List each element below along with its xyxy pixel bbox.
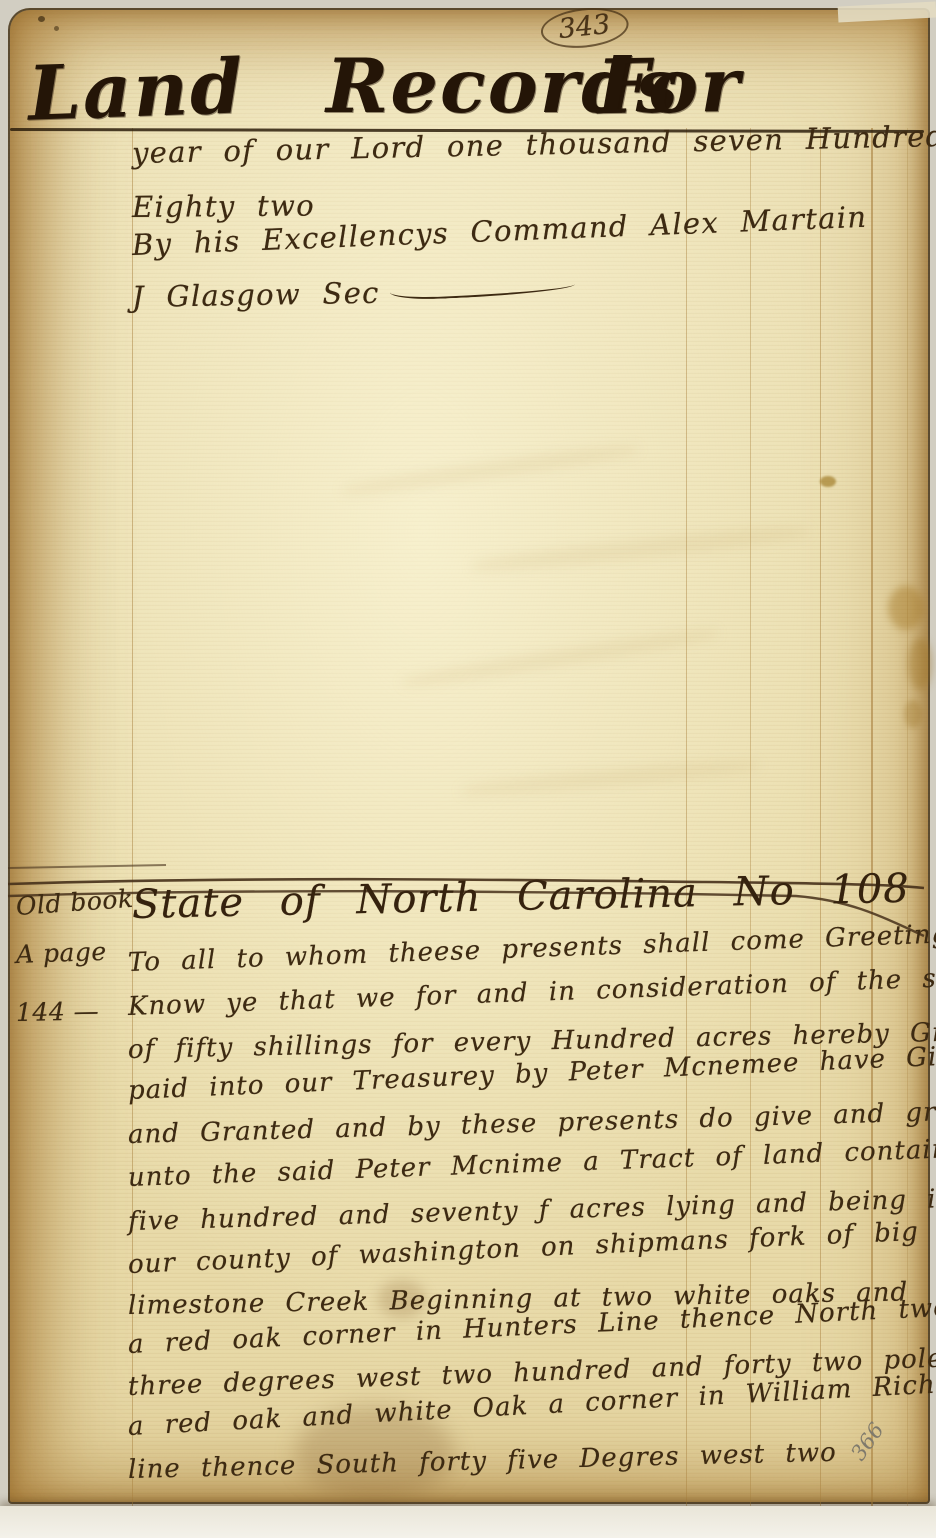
margin-note-line: A page [15,937,107,969]
preamble-line: Eighty two [132,188,315,224]
next-page-edge [0,1506,936,1538]
title-word-for: For [596,41,742,132]
pen-flourish [390,281,575,301]
signature-text: J Glasgow Sec [132,276,380,314]
scanned-book-page: 343 Land Records For year of our Lord on… [0,0,936,1538]
title-word-land: Land [27,42,246,137]
margin-note-line: 144 — [16,997,100,1027]
